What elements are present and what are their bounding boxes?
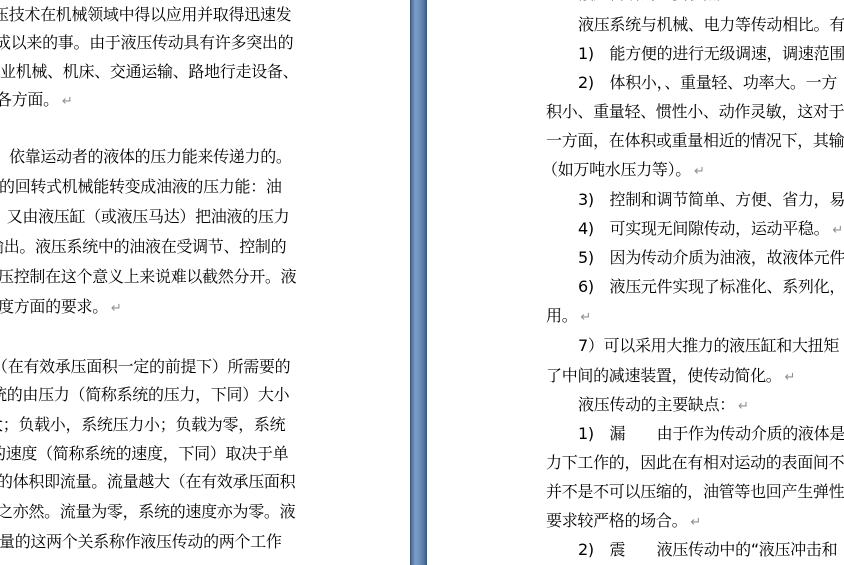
text-line-content: 5) 因为传动介质为油液，故液体元件 <box>578 248 844 267</box>
text-line: 7）可以采用大推力的液压缸和大扭矩 <box>578 336 839 355</box>
paragraph-mark: ↵ <box>782 370 796 385</box>
text-line-content: 液压传动的主要缺点： <box>578 395 735 414</box>
text-line-content: 量的这两个关系称作液压传动的两个工作 <box>0 532 282 551</box>
text-line-content: 度方面的要求。 <box>0 297 108 316</box>
text-line-content: 压控制在这个意义上来说难以截然分开。液 <box>0 267 296 286</box>
text-line-content: 积小、重量轻、惯性小、动作灵敏，这对于 <box>546 102 844 121</box>
text-line-content: 用。 <box>546 306 577 325</box>
text-line-content: 4) 可实现无间隙传动，运动平稳。 <box>578 219 829 238</box>
paragraph-mark: ↵ <box>735 399 749 414</box>
text-line-content: 大；负载小，系统压力小；负载为零，系统 <box>0 415 285 434</box>
text-line: 输出。液压系统中的油液在受调节、控制的 <box>0 237 286 256</box>
text-line: （如万吨水压力等）。↵ <box>542 160 705 181</box>
text-line: 1) 能方便的进行无级调速，调速范围 <box>578 44 844 63</box>
text-line: 3) 控制和调节简单、方便、省力，易 <box>578 190 844 209</box>
text-line-content: 力下工作的，因此在有相对运动的表面间不 <box>546 453 844 472</box>
text-line: 6) 液压元件实现了标准化、系列化， <box>578 277 844 296</box>
text-line: 的速度（简称系统的速度，下同）取决于单 <box>0 444 288 463</box>
text-line: 的体积即流量。流量越大（在有效承压面积 <box>0 472 295 491</box>
text-line: 成以来的事。由于液压传动具有许多突出的 <box>0 33 293 52</box>
text-line: 大；负载小，系统压力小；负载为零，系统 <box>0 415 285 434</box>
text-line: 5) 因为传动介质为油液，故液体元件 <box>578 248 844 267</box>
text-line: 依靠运动者的液体的压力能来传递力的。 <box>9 147 292 166</box>
text-line: 度方面的要求。↵ <box>0 297 122 318</box>
paragraph-mark: ↵ <box>691 164 705 179</box>
text-line: ，又由液压缸（或液压马达）把油液的压力 <box>0 207 289 226</box>
paragraph-mark: ↵ <box>577 310 591 325</box>
text-line: 用。↵ <box>546 306 591 327</box>
text-line: 压技术在机械领域中得以应用并取得迅速发 <box>0 5 291 24</box>
text-line: 4) 可实现无间隙传动，运动平稳。↵ <box>578 219 843 240</box>
text-line-content: 6) 液压元件实现了标准化、系列化， <box>578 277 844 296</box>
text-line-content: 一方面，在体积或重量相近的情况下，其输 <box>546 131 844 150</box>
text-line-content: 2) 体积小，、重量轻、功率大。一方 <box>578 73 837 92</box>
text-line: 液压传动的主要优点： <box>578 0 735 3</box>
text-line: 量的这两个关系称作液压传动的两个工作 <box>0 532 282 551</box>
text-line: 积小、重量轻、惯性小、动作灵敏，这对于 <box>546 102 844 121</box>
text-line-content: 要求较严格的场合。 <box>546 511 687 530</box>
text-line-content: 1) 漏 由于作为传动介质的液体是 <box>578 424 844 443</box>
text-line: 液压系统与机械、电力等传动相比。有 <box>578 15 844 34</box>
text-line-content: 的回转式机械能转变成油液的压力能：油 <box>0 177 282 196</box>
text-line-content: 输出。液压系统中的油液在受调节、控制的 <box>0 237 286 256</box>
text-line-content: 成以来的事。由于液压传动具有许多突出的 <box>0 33 293 52</box>
text-line: 并不是不可以压缩的，油管等也回产生弹性 <box>546 482 844 501</box>
text-line-content: 的速度（简称系统的速度，下同）取决于单 <box>0 444 288 463</box>
text-line-content: 1) 能方便的进行无级调速，调速范围 <box>578 44 844 63</box>
paragraph-mark: ↵ <box>59 94 73 109</box>
text-line-content: 压技术在机械领域中得以应用并取得迅速发 <box>0 5 291 24</box>
page-divider-bar <box>410 0 427 565</box>
text-line-content: 7）可以采用大推力的液压缸和大扭矩 <box>578 336 839 355</box>
text-line: 之亦然。流量为零，系统的速度亦为零。液 <box>0 502 295 521</box>
document-page-right[interactable]: 液压传动的主要优点：液压系统与机械、电力等传动相比。有1) 能方便的进行无级调速… <box>427 0 844 565</box>
text-line-content: 了中间的减速装置，使传动简化。 <box>546 366 782 385</box>
text-line-content: ，又由液压缸（或液压马达）把油液的压力 <box>0 207 289 226</box>
text-line-content: 液压传动的主要优点： <box>578 0 735 3</box>
text-line-content: 业机械、机床、交通运输、路地行走设备、 <box>0 62 298 81</box>
paragraph-mark: ↵ <box>687 515 701 530</box>
text-line: 液压传动的主要缺点：↵ <box>578 395 749 416</box>
text-line: 的回转式机械能转变成油液的压力能：油 <box>0 177 282 196</box>
text-line: 2) 体积小，、重量轻、功率大。一方 <box>578 73 837 92</box>
document-viewport: 压技术在机械领域中得以应用并取得迅速发成以来的事。由于液压传动具有许多突出的业机… <box>0 0 844 565</box>
text-line-content: 液压系统与机械、电力等传动相比。有 <box>578 15 844 34</box>
text-line-content: （如万吨水压力等）。 <box>542 160 691 179</box>
paragraph-mark: ↵ <box>829 223 843 238</box>
text-line: 1) 漏 由于作为传动介质的液体是 <box>578 424 844 443</box>
text-line: 压控制在这个意义上来说难以截然分开。液 <box>0 267 296 286</box>
text-line: （在有效承压面积一定的前提下）所需要的 <box>0 357 290 376</box>
text-line-content: 并不是不可以压缩的，油管等也回产生弹性 <box>546 482 844 501</box>
text-line-content: 各方面。 <box>0 90 59 109</box>
text-line-content: 之亦然。流量为零，系统的速度亦为零。液 <box>0 502 295 521</box>
text-line: 一方面，在体积或重量相近的情况下，其输 <box>546 131 844 150</box>
text-line-content: 3) 控制和调节简单、方便、省力，易 <box>578 190 844 209</box>
document-page-left[interactable]: 压技术在机械领域中得以应用并取得迅速发成以来的事。由于液压传动具有许多突出的业机… <box>0 0 410 565</box>
text-line: 要求较严格的场合。↵ <box>546 511 701 532</box>
text-line: 力下工作的，因此在有相对运动的表面间不 <box>546 453 844 472</box>
text-line-content: 2) 震 液压传动中的“液压冲击和 <box>578 540 837 559</box>
text-line: 了中间的减速装置，使传动简化。↵ <box>546 366 795 387</box>
text-line-content: 统的由压力（简称系统的压力，下同）大小 <box>0 385 289 404</box>
paragraph-mark: ↵ <box>108 301 122 316</box>
text-line-content: 依靠运动者的液体的压力能来传递力的。 <box>9 147 292 166</box>
text-line: 业机械、机床、交通运输、路地行走设备、 <box>0 62 298 81</box>
text-line-content: 的体积即流量。流量越大（在有效承压面积 <box>0 472 295 491</box>
text-line: 各方面。↵ <box>0 90 72 111</box>
text-line-content: （在有效承压面积一定的前提下）所需要的 <box>0 357 290 376</box>
text-line: 2) 震 液压传动中的“液压冲击和 <box>578 540 837 559</box>
text-line: 统的由压力（简称系统的压力，下同）大小 <box>0 385 289 404</box>
